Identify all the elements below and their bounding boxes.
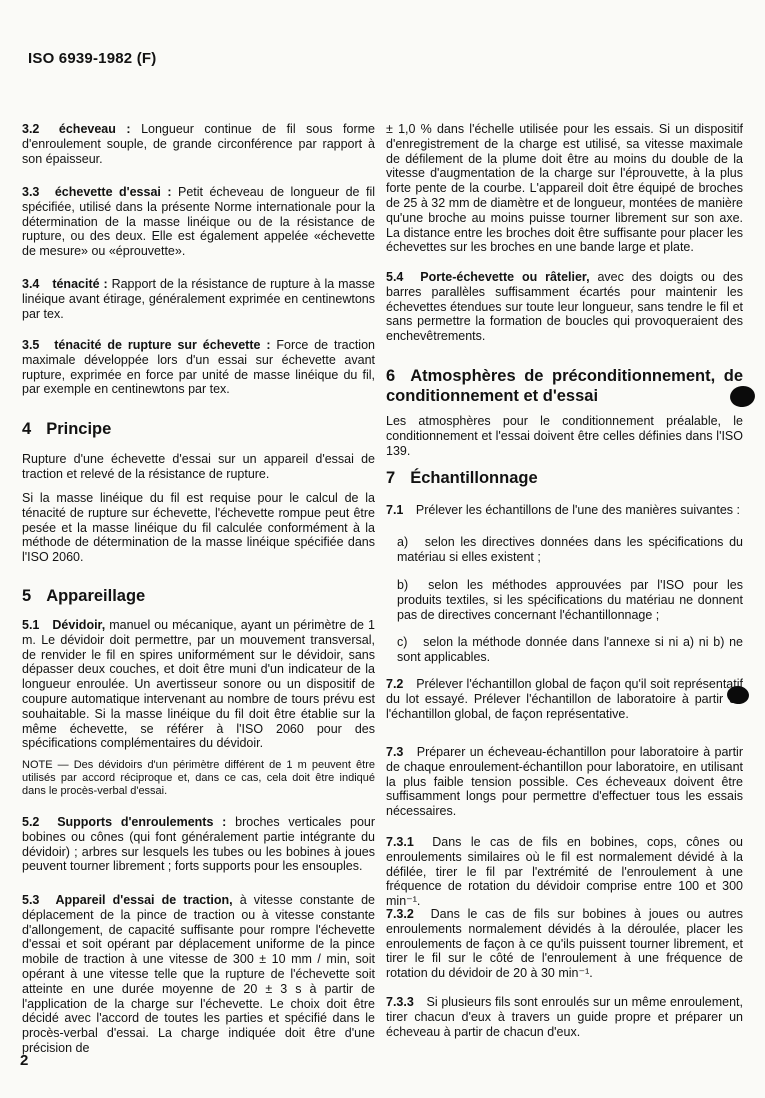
note-label: NOTE — xyxy=(22,759,69,771)
heading-number: 5 xyxy=(22,587,31,605)
apparatus-name: Appareil d'essai de traction, xyxy=(56,893,233,907)
section-7-3-2: 7.3.2 Dans le cas de fils sur bobines à … xyxy=(386,907,743,981)
section-number: 7.3.1 xyxy=(386,835,414,849)
document-page: ISO 6939-1982 (F) 3.2 écheveau : Longueu… xyxy=(0,0,765,1098)
list-marker: b) xyxy=(397,578,408,592)
heading-appareillage: 5Appareillage xyxy=(22,586,375,606)
left-column: 3.2 écheveau : Longueur continue de fil … xyxy=(22,0,375,1098)
section-3-4: 3.4 ténacité : Rapport de la résistance … xyxy=(22,277,375,321)
page-number: 2 xyxy=(20,1052,28,1069)
paragraph-text: ± 1,0 % dans l'échelle utilisée pour les… xyxy=(386,122,743,254)
section-7-3: 7.3 Préparer un écheveau-échantillon pou… xyxy=(386,745,743,819)
list-item-text: selon la méthode donnée dans l'annexe si… xyxy=(397,635,743,664)
apparatus-name: Porte-échevette ou râtelier, xyxy=(420,270,589,284)
right-column: ± 1,0 % dans l'échelle utilisée pour les… xyxy=(386,0,743,1098)
paragraph-text: Rupture d'une échevette d'essai sur un a… xyxy=(22,452,375,481)
section-5-1: 5.1 Dévidoir, manuel ou mécanique, ayant… xyxy=(22,618,375,751)
heading-title: Échantillonnage xyxy=(410,469,537,487)
section-number: 7.3.3 xyxy=(386,995,414,1009)
section-number: 3.3 xyxy=(22,185,39,199)
section-number: 3.4 xyxy=(22,277,39,291)
section-5-2: 5.2 Supports d'enroulements : broches ve… xyxy=(22,815,375,874)
note: NOTE — Des dévidoirs d'un périmètre diff… xyxy=(22,759,375,799)
section-7-3-3: 7.3.3 Si plusieurs fils sont enroulés su… xyxy=(386,995,743,1039)
section-5-3: 5.3 Appareil d'essai de traction, à vite… xyxy=(22,893,375,1056)
list-item-a: a) selon les directives données dans les… xyxy=(386,535,743,565)
atmospheres-paragraph: Les atmosphères pour le conditionnement … xyxy=(386,414,743,458)
note-text: Des dévidoirs d'un périmètre différent d… xyxy=(22,759,375,797)
section-7-3-1: 7.3.1 Dans le cas de fils en bobines, co… xyxy=(386,835,743,909)
paragraph-text: à vitesse constante de déplacement de la… xyxy=(22,893,375,1055)
section-number: 7.3.2 xyxy=(386,907,414,921)
section-number: 7.2 xyxy=(386,677,403,691)
heading-principe: 4Principe xyxy=(22,419,375,439)
section-5-3-continuation: ± 1,0 % dans l'échelle utilisée pour les… xyxy=(386,122,743,255)
heading-number: 6 xyxy=(386,367,395,385)
section-number: 5.3 xyxy=(22,893,39,907)
defined-term: ténacité : xyxy=(52,277,107,291)
heading-number: 4 xyxy=(22,420,31,438)
principe-paragraph-1: Rupture d'une échevette d'essai sur un a… xyxy=(22,452,375,482)
list-marker: c) xyxy=(397,635,407,649)
list-marker: a) xyxy=(397,535,408,549)
apparatus-name: Dévidoir, xyxy=(52,618,105,632)
principe-paragraph-2: Si la masse linéique du fil est requise … xyxy=(22,491,375,565)
list-item-text: selon les directives données dans les sp… xyxy=(397,535,743,564)
paragraph-text: Les atmosphères pour le conditionnement … xyxy=(386,414,743,458)
paragraph-text: Préparer un écheveau-échantillon pour la… xyxy=(386,745,743,818)
section-3-5: 3.5 ténacité de rupture sur échevette : … xyxy=(22,338,375,397)
section-3-2: 3.2 écheveau : Longueur continue de fil … xyxy=(22,122,375,166)
list-item-b: b) selon les méthodes approuvées par l'I… xyxy=(386,578,743,622)
paragraph-text: manuel ou mécanique, ayant un périmètre … xyxy=(22,618,375,750)
section-number: 5.1 xyxy=(22,618,39,632)
paragraph-text: Dans le cas de fils sur bobines à joues … xyxy=(386,907,743,980)
section-number: 3.2 xyxy=(22,122,39,136)
defined-term: écheveau : xyxy=(59,122,131,136)
defined-term: échevette d'essai : xyxy=(55,185,172,199)
apparatus-name: Supports d'enroulements : xyxy=(57,815,226,829)
defined-term: ténacité de rupture sur échevette : xyxy=(54,338,270,352)
heading-title: Principe xyxy=(46,420,111,438)
list-item-c: c) selon la méthode donnée dans l'annexe… xyxy=(386,635,743,665)
heading-title: Appareillage xyxy=(46,587,145,605)
paragraph-text: Si la masse linéique du fil est requise … xyxy=(22,491,375,564)
heading-echantillonnage: 7Échantillonnage xyxy=(386,468,743,488)
paragraph-text: Dans le cas de fils en bobines, cops, cô… xyxy=(386,835,743,908)
paragraph-text: Prélever l'échantillon global de façon q… xyxy=(386,677,743,721)
heading-atmospheres: 6Atmosphères de préconditionnement, de c… xyxy=(386,366,743,406)
section-7-2: 7.2 Prélever l'échantillon global de faç… xyxy=(386,677,743,721)
list-item-text: selon les méthodes approuvées par l'ISO … xyxy=(397,578,743,622)
section-number: 3.5 xyxy=(22,338,39,352)
section-number: 7.3 xyxy=(386,745,403,759)
heading-number: 7 xyxy=(386,469,395,487)
section-7-1: 7.1 Prélever les échantillons de l'une d… xyxy=(386,503,743,518)
section-3-3: 3.3 échevette d'essai : Petit écheveau d… xyxy=(22,185,375,259)
paragraph-text: Si plusieurs fils sont enroulés sur un m… xyxy=(386,995,743,1039)
section-number: 5.4 xyxy=(386,270,403,284)
heading-title: Atmosphères de préconditionnement, de co… xyxy=(386,367,743,405)
paragraph-text: Prélever les échantillons de l'une des m… xyxy=(416,503,740,517)
section-number: 5.2 xyxy=(22,815,39,829)
section-5-4: 5.4 Porte-échevette ou râtelier, avec de… xyxy=(386,270,743,344)
section-number: 7.1 xyxy=(386,503,403,517)
